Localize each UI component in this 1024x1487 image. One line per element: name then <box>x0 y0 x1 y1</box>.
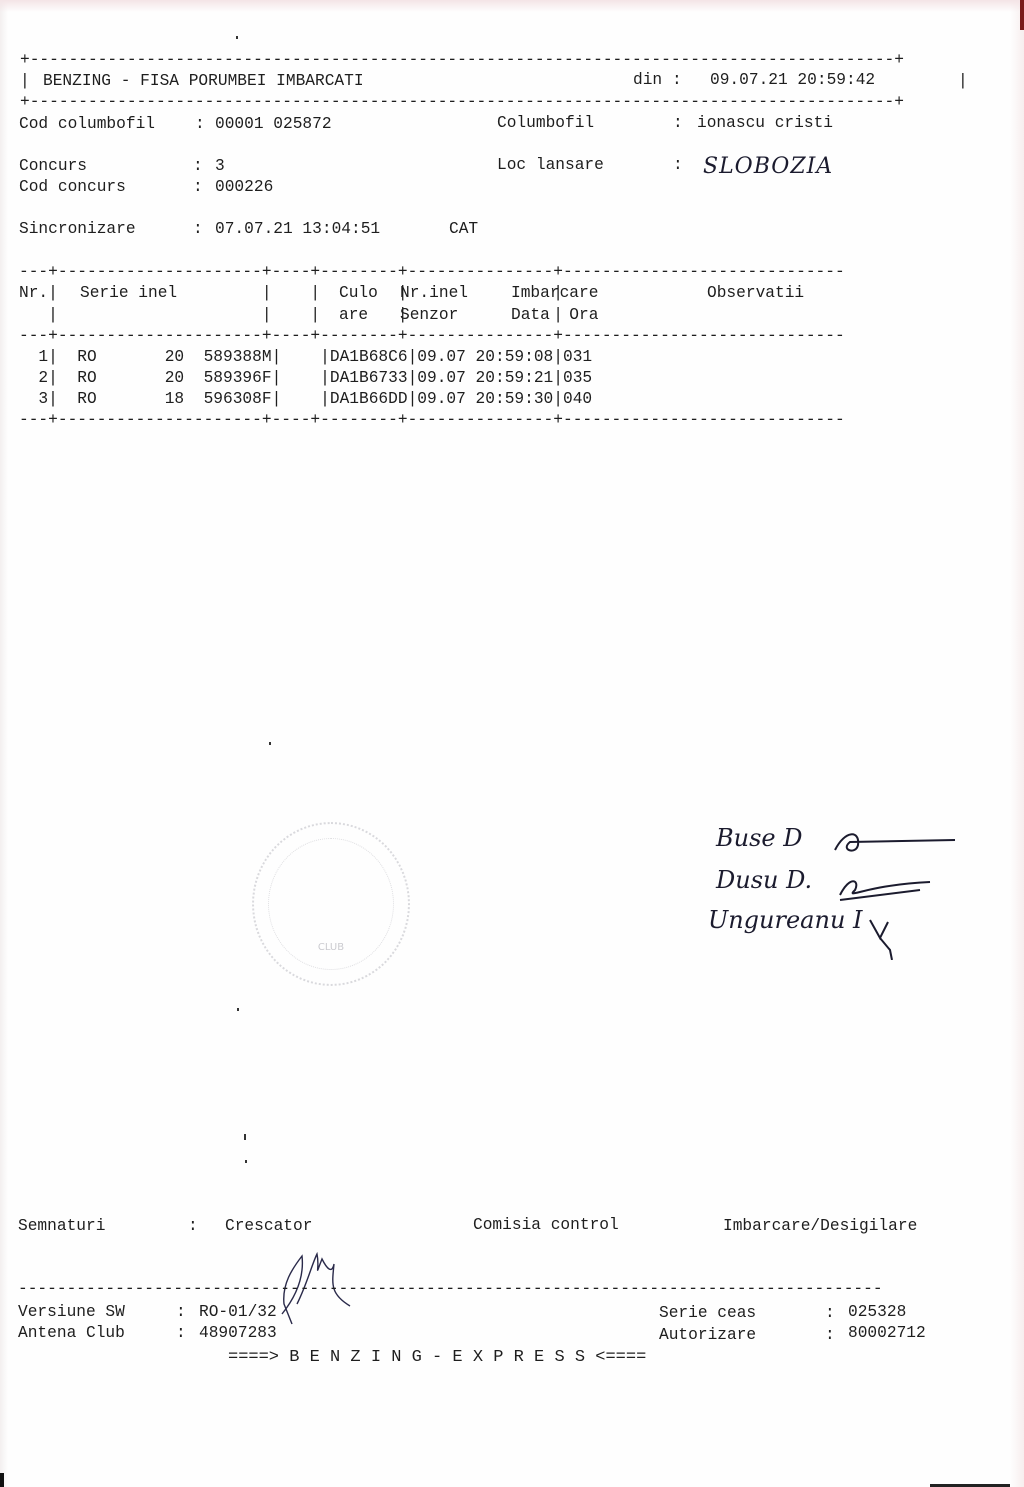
cod-concurs-colon: : <box>193 177 203 198</box>
columbofil-value: ionascu cristi <box>697 113 833 134</box>
header-date-value: 09.07.21 20:59:42 <box>710 70 875 91</box>
concurs-label: Concurs <box>19 156 87 177</box>
scan-speck <box>236 36 238 39</box>
scan-edge-bottom-left <box>0 1473 4 1487</box>
cod-columbofil-colon: : <box>195 114 205 135</box>
cod-concurs-label: Cod concurs <box>19 177 126 198</box>
signature-imbarcare-desigilare: Imbarcare/Desigilare <box>723 1216 917 1237</box>
sincronizare-zone: CAT <box>449 219 478 240</box>
columbofil-label: Columbofil <box>497 113 594 134</box>
scan-edge-right <box>1020 0 1024 30</box>
scan-speck <box>244 1134 246 1140</box>
loc-lansare-value-handwritten: SLOBOZIA <box>703 154 833 179</box>
cod-concurs-value: 000226 <box>215 177 273 198</box>
stamp-text: CLUB <box>254 942 408 953</box>
columbofil-colon: : <box>673 113 683 134</box>
handwritten-note-2: Dusu D. <box>716 866 812 894</box>
scan-speck <box>245 1160 247 1163</box>
handwritten-signature-marks <box>830 820 970 960</box>
table-row: 2| RO 20 589396F| |DA1B6733|09.07 20:59:… <box>19 368 592 389</box>
table-row: 1| RO 20 589388M| |DA1B68C6|09.07 20:59:… <box>19 347 592 368</box>
autorizare-label: Autorizare <box>659 1325 756 1346</box>
cod-columbofil-value: 00001 025872 <box>215 114 332 135</box>
club-stamp: CLUB <box>252 822 410 986</box>
loc-lansare-colon: : <box>673 155 683 176</box>
loc-lansare-label: Loc lansare <box>497 155 604 176</box>
versiune-sw-colon: : <box>176 1302 186 1323</box>
document-title: BENZING - FISA PORUMBEI IMBARCATI <box>43 71 364 92</box>
th-culoare-2: are <box>339 305 368 326</box>
signature-comisia-control: Comisia control <box>473 1215 619 1236</box>
header-colon: : <box>672 70 682 91</box>
table-border-header: ---+---------------------+----+--------+… <box>19 326 845 347</box>
cod-columbofil-label: Cod columbofil <box>19 114 155 135</box>
signature-crescator: Crescator <box>225 1216 312 1237</box>
footer-divider: ----------------------------------------… <box>18 1279 883 1300</box>
th-nr-inel-1: Nr.inel <box>400 283 468 304</box>
th-serie-inel: Serie inel <box>80 283 177 304</box>
th-culoare-1: Culo <box>339 283 378 304</box>
table-border-bottom: ---+---------------------+----+--------+… <box>19 410 845 431</box>
versiune-sw-label: Versiune SW <box>18 1302 125 1323</box>
antena-club-colon: : <box>176 1323 186 1344</box>
th-observatii: Observatii <box>707 283 804 304</box>
serie-ceas-label: Serie ceas <box>659 1303 756 1324</box>
signatures-label: Semnaturi <box>18 1216 105 1237</box>
versiune-sw-value: RO-01/32 <box>199 1302 277 1323</box>
benzing-express-brand: ====> B E N Z I N G - E X P R E S S <===… <box>228 1347 646 1368</box>
scan-edge-top <box>0 0 1024 12</box>
autorizare-colon: : <box>825 1325 835 1346</box>
scan-speck <box>269 742 271 745</box>
concurs-colon: : <box>193 156 203 177</box>
sincronizare-label: Sincronizare <box>19 219 136 240</box>
table-header-row-2: | | | | | <box>19 305 563 326</box>
sincronizare-colon: : <box>193 219 203 240</box>
antena-club-label: Antena Club <box>18 1323 125 1344</box>
header-date-label: din <box>633 70 662 91</box>
sincronizare-value: 07.07.21 13:04:51 <box>215 219 380 240</box>
antena-club-value: 48907283 <box>199 1323 277 1344</box>
header-border-top: +---------------------------------------… <box>20 50 904 71</box>
serie-ceas-value: 025328 <box>848 1302 906 1323</box>
header-bar-right: | <box>958 71 968 92</box>
signatures-colon: : <box>188 1216 198 1237</box>
handwritten-note-1: Buse D <box>716 824 802 852</box>
th-imbarcare-2: Data Ora <box>511 305 598 326</box>
table-row: 3| RO 18 596308F| |DA1B66DD|09.07 20:59:… <box>19 389 592 410</box>
concurs-value: 3 <box>215 156 225 177</box>
th-imbarcare-1: Imbarcare <box>511 283 598 304</box>
header-border-bottom: +---------------------------------------… <box>20 92 904 113</box>
header-bar-left: | <box>20 71 30 92</box>
paper-background <box>0 0 1024 1487</box>
th-nr-inel-2: Senzor <box>400 305 458 326</box>
scan-speck <box>237 1008 239 1011</box>
autorizare-value: 80002712 <box>848 1323 926 1344</box>
th-nr: Nr. <box>19 283 48 304</box>
table-border-top: ---+---------------------+----+--------+… <box>19 262 845 283</box>
serie-ceas-colon: : <box>825 1303 835 1324</box>
